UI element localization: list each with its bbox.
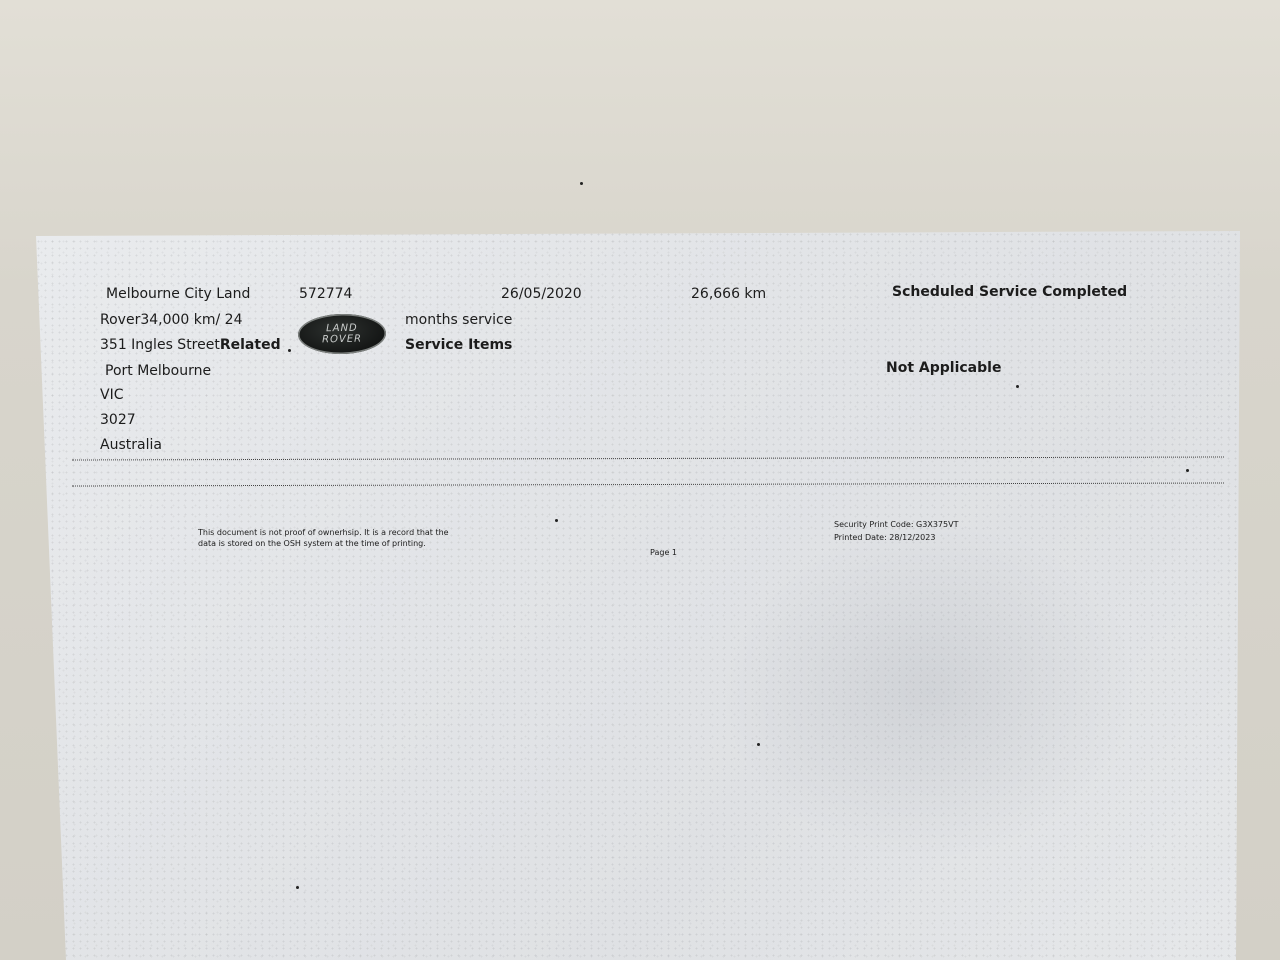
dealer-name-line2: Rover34,000 km/ 24 [100, 312, 242, 328]
ownership-disclaimer: This document is not proof of ownerhsip.… [198, 527, 458, 549]
security-print-code: Security Print Code: G3X375VT [834, 519, 958, 530]
logo-text-line1: LAND [326, 323, 358, 335]
service-date: 26/05/2020 [501, 286, 582, 302]
related-items-value: Not Applicable [886, 360, 1001, 376]
toner-dot [1016, 385, 1019, 388]
printed-date: Printed Date: 28/12/2023 [834, 532, 935, 543]
state: VIC [100, 387, 123, 403]
address-street: 351 Ingles Street [100, 337, 220, 353]
table-speck [580, 182, 583, 185]
toner-dot [296, 886, 299, 889]
dealer-code: 572774 [299, 286, 352, 302]
toner-dot [1186, 469, 1189, 472]
page-number: Page 1 [650, 547, 677, 558]
toner-dot [757, 743, 760, 746]
service-description: months service [405, 312, 512, 328]
odometer-reading: 26,666 km [691, 286, 766, 302]
related-service-items-label: Service Items [405, 337, 512, 353]
postcode: 3027 [100, 412, 136, 428]
address-line1: 351 Ingles StreetRelated [100, 337, 281, 353]
toner-dot [555, 519, 558, 522]
dealer-name-line1: Melbourne City Land [106, 286, 250, 302]
service-status: Scheduled Service Completed [892, 284, 1127, 300]
address-line2: Port Melbourne [105, 363, 211, 379]
address-related-fragment: Related [220, 337, 281, 353]
toner-dot [288, 349, 291, 352]
logo-text-line2: ROVER [322, 334, 362, 346]
country: Australia [100, 437, 162, 453]
